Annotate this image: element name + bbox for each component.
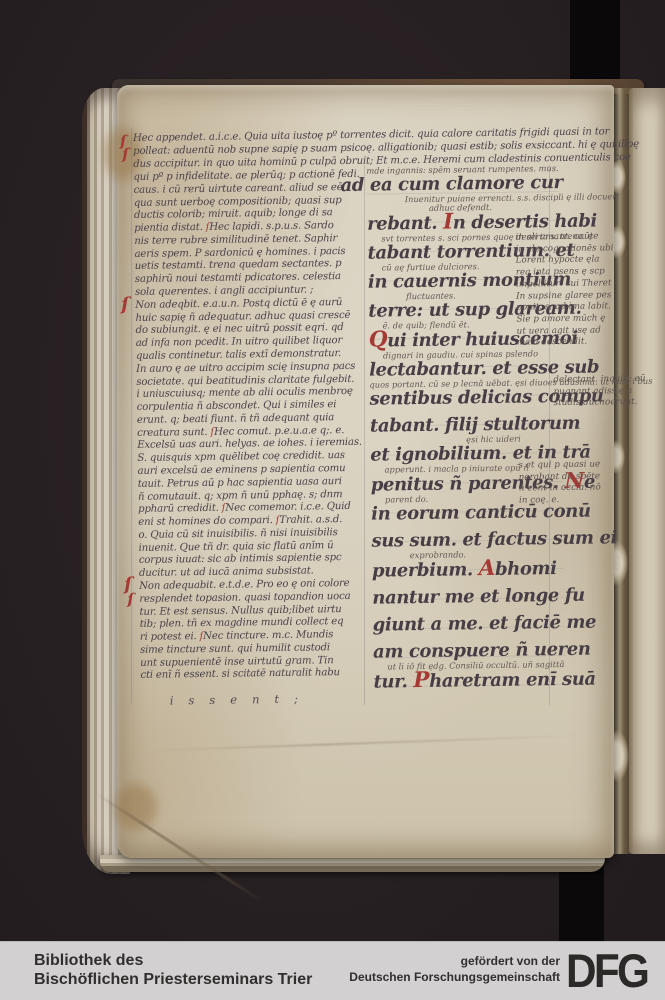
gloss-line: in coę. e. <box>519 494 615 507</box>
manuscript-line: sentibus delicias compu <box>369 387 561 410</box>
manuscript-line: puerbium. Abhomi <box>372 558 564 582</box>
margin-gloss-block: s et qui p quasi uenerabant dū spēteñ eē… <box>518 459 615 507</box>
funding-credit: gefördert von der Deutschen Forschungsge… <box>250 954 560 985</box>
manuscript-line: nantur me et longe fu <box>372 586 564 609</box>
gloss-line: Sie p amore mūch ę <box>516 313 616 326</box>
left-text-column: qui pº p infidelitate. ae plerūq; p acti… <box>133 169 378 684</box>
manuscript-text-layer: ſ ſ ſ ſ ſ Hec appendet. a.i.c.e. Quia ui… <box>0 0 665 1000</box>
rubric-paragraph-mark: ſ <box>127 592 134 607</box>
margin-gloss-block: delectant. inquib; eūpugnant adiss ę ast… <box>553 374 645 410</box>
manuscript-line: tur. Pharetram enī suā <box>373 669 565 693</box>
catchword: issent; <box>170 692 313 708</box>
margin-gloss-block: in ali amant. caūtein ale cognationēs ub… <box>515 231 617 349</box>
footer-bar: Bibliothek des Bischöflichen Priestersem… <box>0 941 665 1000</box>
rubric-paragraph-mark: ſ <box>121 297 129 312</box>
manuscript-photo: ſ ſ ſ ſ ſ Hec appendet. a.i.c.e. Quia ui… <box>0 0 665 1000</box>
gloss-line: studis duchoerunt. <box>554 397 646 410</box>
dfg-logo: DFG <box>566 943 647 999</box>
manuscript-line: giunt a me. et faciē me <box>373 613 565 636</box>
manuscript-line: cti enī ñ essent. si scitatē naturalit h… <box>140 667 378 683</box>
gloss-line: ñ eēnt in occla. nō <box>519 483 615 496</box>
funding-credit-line1: gefördert von der <box>250 954 560 970</box>
gloss-line: delectant. inquib; eū <box>553 374 645 387</box>
manuscript-line: tabant. filij stultorum <box>370 414 562 437</box>
rubric-paragraph-mark: ſ <box>122 147 129 162</box>
manuscript-line: sus sum. et factus sum ei <box>371 529 563 552</box>
gloss-line: impellitur: cui Theret <box>516 278 616 291</box>
gloss-line: in ale cognationēs ubi <box>515 243 615 256</box>
gloss-line: mala descendit. <box>517 337 617 350</box>
funding-credit-line2: Deutschen Forschungsgemeinschaft <box>250 970 560 986</box>
gloss-line: s et qui p quasi ue <box>518 459 614 472</box>
